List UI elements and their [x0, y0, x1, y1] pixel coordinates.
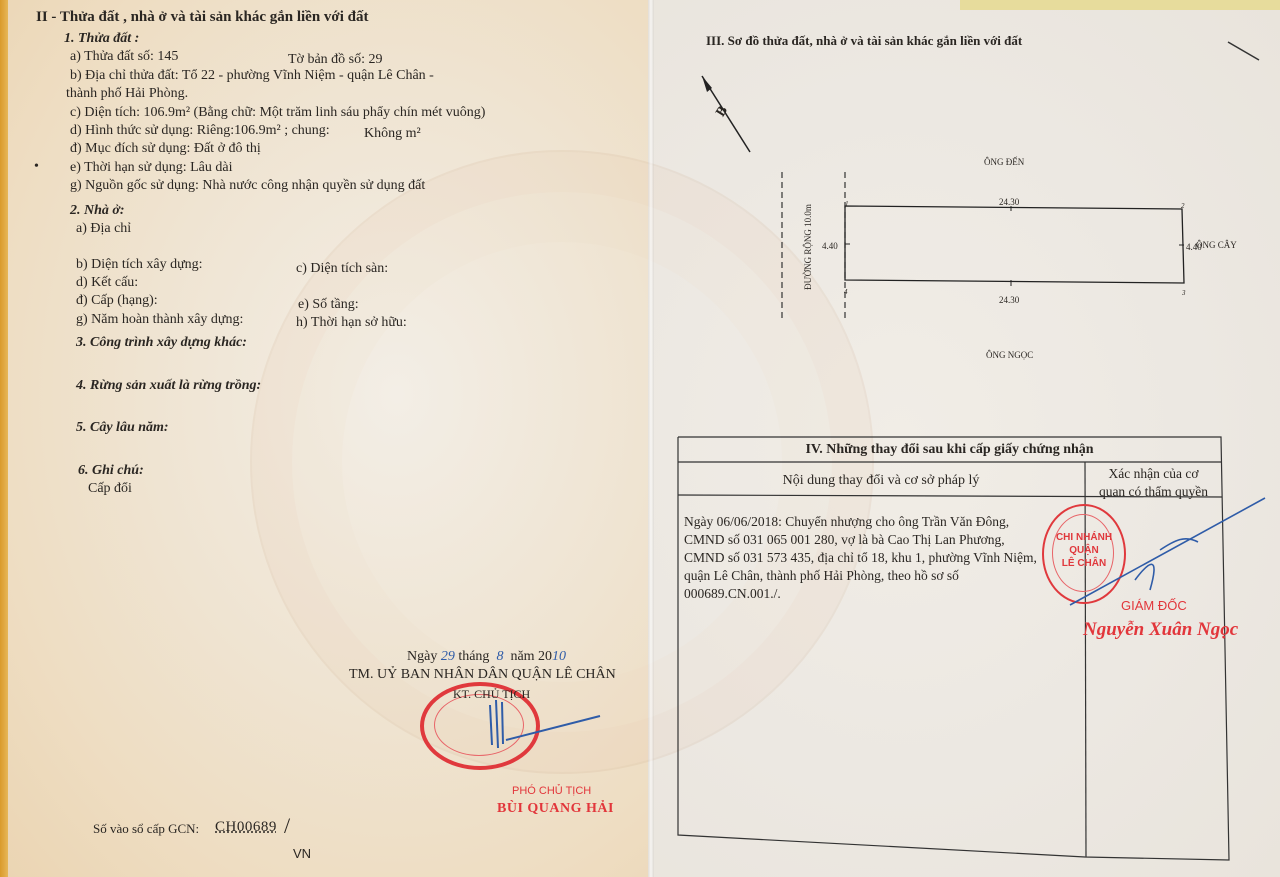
stamp-line1: CHI NHÁNH — [1044, 531, 1124, 544]
page-fold — [648, 0, 654, 877]
other-works-heading: 3. Công trình xây dựng khác: — [76, 335, 247, 351]
notes-value: Cấp đổi — [88, 481, 132, 497]
house-ownership-term: h) Thời hạn sở hữu: — [296, 315, 407, 331]
issuing-authority: TM. UỶ BAN NHÂN DÂN QUẬN LÊ CHÂN — [349, 667, 616, 683]
bullet-dot: • — [34, 159, 39, 175]
map-sheet-number: Tờ bản đồ số: 29 — [288, 52, 383, 68]
branch-signer-title: GIÁM ĐỐC — [1121, 598, 1187, 614]
corner-4: 4 — [844, 284, 848, 300]
parcel-address-line2: thành phố Hải Phòng. — [66, 86, 188, 102]
neighbor-bottom: ÔNG NGỌC — [986, 347, 1033, 363]
col-confirm-header-line1: Xác nhận của cơ — [1086, 465, 1221, 483]
date-year-suffix: 10 — [552, 649, 566, 664]
corner-2: 2 — [1181, 198, 1185, 214]
usage-purpose: đ) Mục đích sử dụng: Đất ở đô thị — [70, 141, 261, 157]
col-confirm-header: Xác nhận của cơ quan có thẩm quyền — [1086, 463, 1221, 501]
house-address: a) Địa chỉ — [76, 221, 131, 237]
section2-title: II - Thửa đất , nhà ở và tài sản khác gắ… — [36, 9, 369, 25]
stamp-line3: LÊ CHÂN — [1044, 557, 1124, 570]
parcel-number: a) Thửa đất số: 145 — [70, 49, 178, 65]
dim-top: 24.30 — [999, 194, 1019, 210]
forest-heading: 4. Rừng sản xuất là rừng trồng: — [76, 378, 261, 394]
register-slash: / — [284, 818, 290, 834]
road-label: ĐƯỜNG RỘNG 10.0m — [800, 197, 816, 297]
signer-role: KT. CHỦ TỊCH — [453, 686, 530, 702]
house-completed-year: g) Năm hoàn thành xây dựng: — [76, 312, 243, 328]
house-structure: d) Kết cấu: — [76, 275, 138, 291]
dim-right: 4.40 — [1186, 239, 1202, 255]
land-heading: 1. Thửa đất : — [64, 31, 139, 47]
notes-heading: 6. Ghi chú: — [78, 463, 144, 479]
corner-1: 1 — [845, 196, 849, 212]
usage-term: e) Thời hạn sử dụng: Lâu dài — [70, 160, 232, 176]
perennial-heading: 5. Cây lâu năm: — [76, 420, 169, 436]
stamp-line2: QUẬN — [1044, 544, 1124, 557]
entry-line: 000689.CN.001./. — [684, 585, 1084, 603]
entry-line: CMND số 031 573 435, địa chỉ tổ 18, khu … — [684, 549, 1084, 567]
signer-title: PHÓ CHỦ TỊCH — [512, 783, 591, 799]
col-content-header: Nội dung thay đổi và cơ sở pháp lý — [678, 463, 1084, 499]
register-suffix: VN — [293, 846, 311, 862]
house-build-area: b) Diện tích xây dựng: — [76, 257, 203, 273]
entry-line: CMND số 031 065 001 280, vợ là bà Cao Th… — [684, 531, 1084, 549]
signing-date: Ngày 29 tháng 8 năm 2010 — [407, 649, 566, 665]
background-strip — [960, 0, 1280, 10]
changes-table: IV. Những thay đổi sau khi cấp giấy chứn… — [678, 437, 1221, 857]
entry-line: Ngày 06/06/2018: Chuyển nhượng cho ông T… — [684, 513, 1084, 531]
dim-bottom: 24.30 — [999, 292, 1019, 308]
section4-title: IV. Những thay đổi sau khi cấp giấy chứn… — [678, 437, 1221, 461]
usage-origin: g) Nguồn gốc sử dụng: Nhà nước công nhận… — [70, 178, 425, 194]
date-prefix: Ngày — [407, 649, 437, 664]
register-value: CH00689 — [215, 819, 277, 835]
entry-line: quận Lê Chân, thành phố Hải Phòng, theo … — [684, 567, 1084, 585]
col-confirm-header-line2: quan có thẩm quyền — [1086, 483, 1221, 501]
date-month: 8 — [496, 649, 503, 664]
date-day: 29 — [441, 649, 455, 664]
signer-name: BÙI QUANG HẢI — [497, 801, 614, 817]
house-heading: 2. Nhà ở: — [70, 203, 125, 219]
branch-signer-name: Nguyễn Xuân Ngọc — [1083, 622, 1238, 638]
register-label: Số vào sổ cấp GCN: — [93, 821, 199, 837]
house-grade: đ) Cấp (hạng): — [76, 293, 158, 309]
branch-stamp: CHI NHÁNH QUẬN LÊ CHÂN — [1042, 504, 1126, 604]
house-floor-area: c) Diện tích sàn: — [296, 261, 388, 277]
change-entry: Ngày 06/06/2018: Chuyển nhượng cho ông T… — [684, 513, 1084, 603]
neighbor-right: ÔNG CÂY — [1196, 237, 1237, 253]
dim-left: 4.40 — [822, 238, 838, 254]
date-year-label: năm 20 — [510, 649, 552, 664]
usage-form: d) Hình thức sử dụng: Riêng:106.9m² ; ch… — [70, 123, 330, 139]
usage-form-shared: Không m² — [364, 126, 421, 142]
neighbor-top: ÔNG ĐẾN — [984, 154, 1024, 170]
date-month-label: tháng — [458, 649, 489, 664]
section3-title: III. Sơ đồ thửa đất, nhà ở và tài sản kh… — [706, 33, 1022, 49]
parcel-address: b) Địa chỉ thửa đất: Tổ 22 - phường Vĩnh… — [70, 68, 434, 84]
house-floors: e) Số tầng: — [298, 297, 359, 313]
parcel-area: c) Diện tích: 106.9m² (Bằng chữ: Một tră… — [70, 105, 485, 121]
corner-3: 3 — [1182, 285, 1186, 301]
